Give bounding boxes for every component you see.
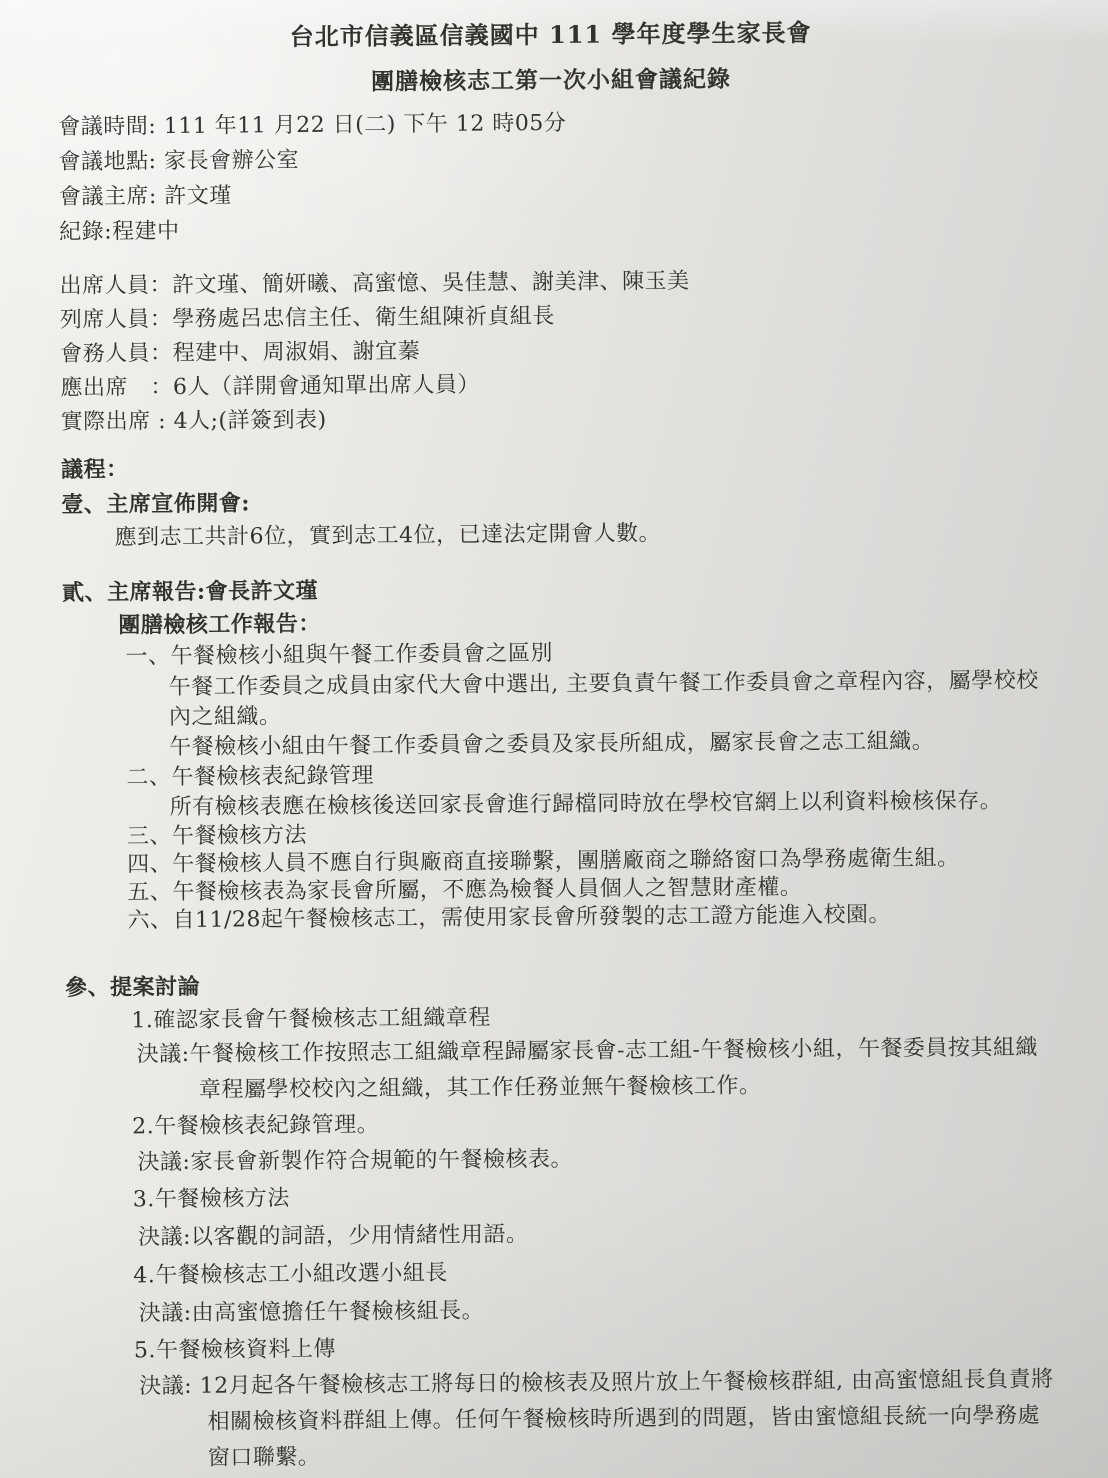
staff-value: 程建中、周淑娟、謝宜蓁: [173, 339, 421, 366]
present-members-value: 許文瑾、簡妍曦、高蜜憶、吳佳慧、謝美津、陳玉美: [172, 269, 690, 298]
expected-attendance-value: 6人（詳開會通知單出席人員）: [173, 373, 480, 400]
expected-attendance-label: 應出席 ：: [60, 375, 173, 401]
proposal-5-resolution: 決議: 12月起各午餐檢核志工將每日的檢核表及照片放上午餐檢核群組, 由高蜜憶組…: [139, 1362, 1055, 1477]
actual-attendance-line: 實際出席 : 4人;(詳簽到表): [61, 398, 1047, 440]
agenda-heading: 議程：: [61, 446, 1047, 487]
meeting-minutes-page: 台北市信義區信義國中 111 學年度學生家長會 團膳檢核志工第一次小組會議紀錄 …: [0, 0, 1108, 1478]
meeting-recorder-value: 程建中: [112, 219, 180, 245]
meeting-place-label: 會議地點:: [59, 149, 157, 175]
doc-title-line2: 團膳檢核志工第一次小組會議紀錄: [58, 62, 1044, 100]
doc-title-line1: 台北市信義區信義國中 111 學年度學生家長會: [58, 16, 1044, 54]
document-photo: 台北市信義區信義國中 111 學年度學生家長會 團膳檢核志工第一次小組會議紀錄 …: [0, 0, 1108, 1478]
observers-value: 學務處呂忠信主任、衛生組陳祈貞組長: [172, 304, 555, 332]
meeting-meta: 會議時間: 111 年11 月22 日(二) 下午 12 時05分 會議地點: …: [58, 102, 1045, 250]
attendance-block: 出席人員：許文瑾、簡妍曦、高蜜憶、吳佳慧、謝美津、陳玉美 列席人員：學務處呂忠信…: [59, 262, 1046, 440]
meeting-chair-value: 許文瑾: [164, 184, 232, 210]
meeting-time-label: 會議時間:: [58, 114, 156, 140]
section1-body: 應到志工共計6位，實到志工4位，已達法定開會人數。: [114, 514, 1047, 554]
meeting-time-value: 111 年11 月22 日(二) 下午 12 時05分: [164, 111, 567, 139]
meeting-place-value: 家長會辦公室: [164, 148, 299, 174]
meeting-chair-label: 會議主席:: [59, 184, 157, 210]
report-item-1-detail-1: 午餐工作委員之成員由家代大會中選出, 主要負責午餐工作委員會之章程內容，屬學校校…: [169, 666, 1049, 733]
actual-attendance-label: 實際出席 :: [61, 409, 167, 435]
report-item-6: 六、自11/28起午餐檢核志工，需使用家長會所發製的志工證方能進入校園。: [127, 900, 1050, 935]
actual-attendance-value: 4人;(詳簽到表): [173, 408, 326, 434]
present-members-label: 出席人員：: [60, 273, 173, 299]
observers-label: 列席人員：: [60, 307, 173, 333]
meeting-recorder-label: 紀錄:: [59, 219, 112, 244]
proposal-1-resolution: 決議:午餐檢核工作按照志工組織章程歸屬家長會-志工組-午餐檢核小組，午餐委員按其…: [137, 1030, 1053, 1109]
staff-label: 會務人員：: [60, 341, 173, 367]
